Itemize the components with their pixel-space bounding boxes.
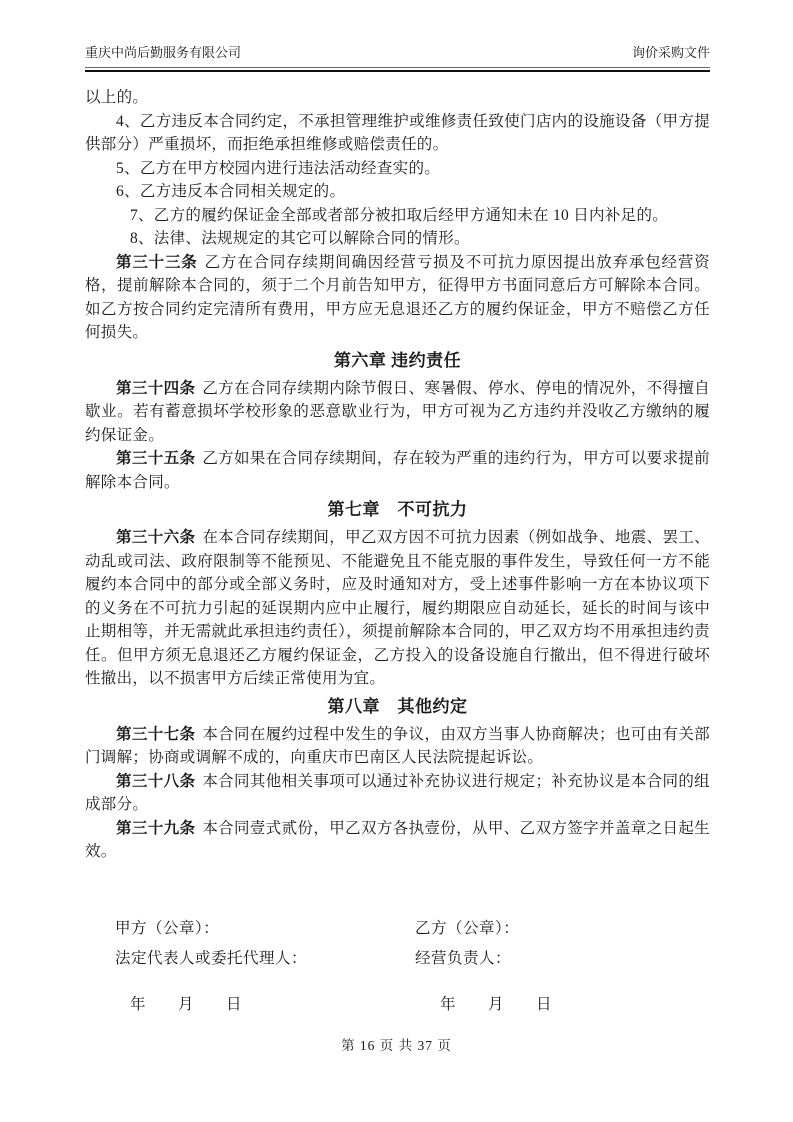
page-footer: 第 16 页 共 37 页 bbox=[0, 1034, 793, 1054]
clause-35-number: 第三十五条 bbox=[116, 450, 195, 467]
clause-38: 第三十八条本合同其他相关事项可以通过补充协议进行规定；补充协议是本合同的组成部分… bbox=[85, 770, 710, 817]
clause-34: 第三十四条乙方在合同存续期内除节假日、寒暑假、停水、停电的情况外，不得擅自歇业。… bbox=[85, 377, 710, 448]
party-a-date-line: 年 月 日 bbox=[115, 990, 415, 1020]
page-number-label: 第 16 页 共 37 页 bbox=[341, 1038, 452, 1053]
document-body: 以上的。 4、乙方违反本合同约定，不承担管理维护或维修责任致使门店内的设施设备（… bbox=[85, 86, 710, 864]
header-divider bbox=[85, 67, 710, 72]
clause-34-number: 第三十四条 bbox=[116, 380, 195, 397]
party-b-date-line: 年 月 日 bbox=[415, 990, 710, 1020]
signature-party-b: 乙方（公章）： 经营负责人： 年 月 日 bbox=[415, 914, 710, 1020]
list-item-7: 7、乙方的履约保证金全部或者部分被扣取后经甲方通知未在 10 日内补足的。 bbox=[85, 204, 710, 228]
header-doc-type: 询价采购文件 bbox=[632, 44, 710, 62]
party-b-representative-label: 经营负责人： bbox=[415, 944, 710, 974]
list-item-8: 8、法律、法规规定的其它可以解除合同的情形。 bbox=[85, 227, 710, 251]
party-b-seal-label: 乙方（公章）： bbox=[415, 914, 710, 944]
signature-block: 甲方（公章）： 法定代表人或委托代理人： 年 月 日 乙方（公章）： 经营负责人… bbox=[85, 914, 710, 1020]
party-a-seal-label: 甲方（公章）： bbox=[115, 914, 415, 944]
clause-35: 第三十五条乙方如果在合同存续期间，存在较为严重的违约行为，甲方可以要求提前解除本… bbox=[85, 447, 710, 494]
document-page: 重庆中尚后勤服务有限公司 询价采购文件 以上的。 4、乙方违反本合同约定，不承担… bbox=[0, 0, 793, 1122]
page-header: 重庆中尚后勤服务有限公司 询价采购文件 bbox=[85, 44, 710, 67]
chapter-7-heading: 第七章 不可抗力 bbox=[85, 497, 710, 523]
clause-36: 第三十六条在本合同存续期间，甲乙双方因不可抗力因素（例如战争、地震、罢工、动乱或… bbox=[85, 526, 710, 691]
clause-36-text: 在本合同存续期间，甲乙双方因不可抗力因素（例如战争、地震、罢工、动乱或司法、政府… bbox=[85, 529, 710, 687]
party-a-representative-label: 法定代表人或委托代理人： bbox=[115, 944, 415, 974]
clause-36-number: 第三十六条 bbox=[116, 529, 195, 546]
chapter-6-heading: 第六章 违约责任 bbox=[85, 348, 710, 374]
paragraph-continuation: 以上的。 bbox=[85, 86, 710, 110]
clause-33: 第三十三条乙方在合同存续期间确因经营亏损及不可抗力原因提出放弃承包经营资格，提前… bbox=[85, 251, 710, 345]
list-item-6: 6、乙方违反本合同相关规定的。 bbox=[85, 180, 710, 204]
clause-39-number: 第三十九条 bbox=[116, 820, 195, 837]
clause-37: 第三十七条本合同在履约过程中发生的争议，由双方当事人协商解决；也可由有关部门调解… bbox=[85, 723, 710, 770]
clause-37-number: 第三十七条 bbox=[116, 726, 195, 743]
clause-38-number: 第三十八条 bbox=[116, 773, 195, 790]
list-item-4: 4、乙方违反本合同约定，不承担管理维护或维修责任致使门店内的设施设备（甲方提供部… bbox=[85, 110, 710, 157]
chapter-8-heading: 第八章 其他约定 bbox=[85, 694, 710, 720]
header-company-name: 重庆中尚后勤服务有限公司 bbox=[85, 44, 241, 62]
signature-party-a: 甲方（公章）： 法定代表人或委托代理人： 年 月 日 bbox=[85, 914, 415, 1020]
clause-33-number: 第三十三条 bbox=[116, 254, 198, 271]
clause-39: 第三十九条本合同壹式贰份，甲乙双方各执壹份，从甲、乙双方签字并盖章之日起生效。 bbox=[85, 817, 710, 864]
list-item-5: 5、乙方在甲方校园内进行违法活动经查实的。 bbox=[85, 157, 710, 181]
